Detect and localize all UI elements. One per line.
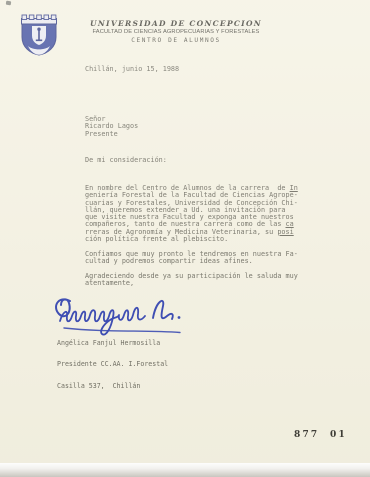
salutation: De mi consideración:: [85, 157, 167, 164]
recipient-block: SeñorRicardo LagosPresente: [85, 116, 138, 138]
university-crest-icon: [20, 14, 58, 56]
university-name: UNIVERSIDAD DE CONCEPCION: [86, 19, 266, 28]
signer-title: Presidente CC.AA. I.Forestal: [57, 361, 168, 368]
letter-date: Chillán, junio 15, 1988: [85, 66, 179, 73]
document-number-stamp: 877 01: [294, 430, 347, 440]
text-line: ción política frente al plebiscito.: [85, 236, 298, 243]
center-name: CENTRO DE ALUMNOS: [86, 37, 266, 44]
letterhead: UNIVERSIDAD DE CONCEPCION FACULTAD DE CI…: [86, 19, 266, 44]
text-line: Presente: [85, 131, 138, 138]
scan-artifact-mark: [6, 1, 12, 6]
faculty-name: FACULTAD DE CIENCIAS AGROPECUARIAS Y FOR…: [89, 29, 264, 35]
scanned-letter-page: UNIVERSIDAD DE CONCEPCION FACULTAD DE CI…: [0, 0, 370, 463]
scanner-background: [0, 463, 370, 477]
signer-address: Casilla 537, Chillán: [57, 383, 168, 390]
signer-name: Angélica Fanjul Hermosilla: [57, 340, 168, 347]
text-line: atentamente,: [85, 280, 298, 287]
typed-signature-block: Angélica Fanjul Hermosilla Presidente CC…: [57, 325, 168, 405]
body-paragraph-2: Confiamos que muy pronto le tendremos en…: [85, 251, 298, 266]
body-paragraph-3: Agradeciendo desde ya su participación l…: [85, 273, 298, 288]
text-line: cultad y podremos compartir ideas afines…: [85, 258, 298, 265]
body-paragraph-1: En nombre del Centro de Alumnos de la ca…: [85, 185, 298, 243]
